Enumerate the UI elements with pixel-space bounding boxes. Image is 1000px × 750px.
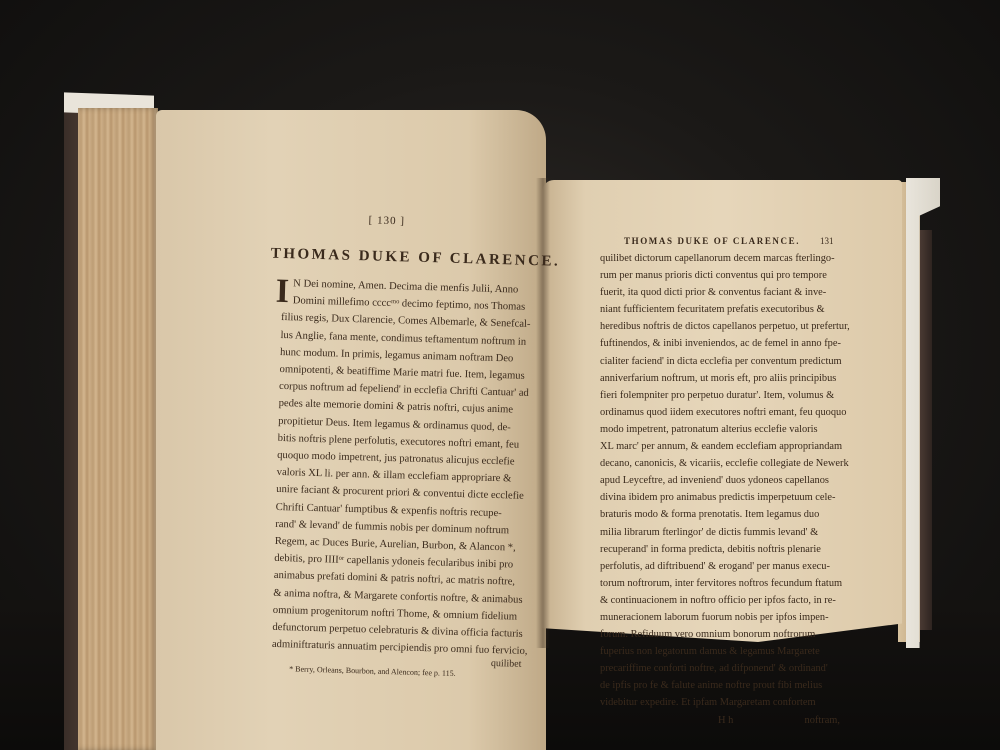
text-line: heredibus noftris de dictos capellanos p…: [600, 318, 840, 335]
text-line: quilibet dictorum capellanorum decem mar…: [600, 250, 840, 267]
drop-cap: I: [275, 277, 289, 307]
right-page-number: 131: [820, 236, 834, 246]
running-head: THOMAS DUKE OF CLARENCE. 131: [624, 236, 840, 246]
text-line: decano, canonicis, & vicariis, ecclefie …: [600, 455, 840, 472]
text-line: ordinamus quod iidem executores noftri e…: [600, 404, 840, 421]
text-line: recuperand' in forma predicta, debitis n…: [600, 541, 840, 558]
left-body: I N Dei nomine, Amen. Decima die menfis …: [272, 275, 518, 660]
catchword: quilibet: [491, 658, 522, 670]
right-cover-board: [920, 230, 932, 630]
text-line: anniverfarium noftrum, ut moris eft, pro…: [600, 370, 840, 387]
text-line: fuerit, ita quod dicti prior & conventus…: [600, 284, 840, 301]
text-line: de ipfis pro fe & falute anime noftre pr…: [600, 677, 840, 694]
catchword: noftram,: [805, 712, 841, 729]
left-page-text: [ 130 ] THOMAS DUKE OF CLARENCE. I N Dei…: [271, 212, 520, 682]
text-line: apud Leyceftre, ad inveniend' duos ydone…: [600, 472, 840, 489]
text-line: & continuacionem in noftro officio per i…: [600, 592, 840, 609]
text-line: cialiter faciend' in dicta ecclefia per …: [600, 353, 840, 370]
text-line: torum noftrorum, inter fervitores noftro…: [600, 575, 840, 592]
text-line: fieri folempniter pro perpetuo duratur'.…: [600, 387, 840, 404]
text-line: braturis modo & forma prenotatis. Item l…: [600, 506, 840, 523]
text-line: niant fufficientem fecuritatem prefatis …: [600, 301, 840, 318]
text-line: precariffime conforti noftre, ad difpone…: [600, 660, 840, 677]
text-line: perfolutis, ad diftribuend' & erogand' p…: [600, 558, 840, 575]
book-gutter: [536, 178, 550, 648]
text-line: fuperius non legatorum damus & legamus M…: [600, 643, 840, 660]
text-line: XL marc' per annum, & eandem ecclefiam a…: [600, 438, 840, 455]
text-line: modo impetrent, patronatum alterius eccl…: [600, 421, 840, 438]
text-line: muneracionem laborum fuorum nobis per ip…: [600, 609, 840, 626]
chapter-title: THOMAS DUKE OF CLARENCE.: [271, 246, 519, 270]
text-line: divina ibidem pro animabus predictis imp…: [600, 489, 840, 506]
text-line: fuftinendos, & inibi inveniendos, ac de …: [600, 335, 840, 352]
signature-row: H h noftram,: [600, 712, 840, 729]
right-page-text: THOMAS DUKE OF CLARENCE. 131 quilibet di…: [600, 236, 840, 729]
text-line: forum. Refiduum vero omnium bonorum noft…: [600, 626, 840, 643]
signature-mark: H h: [718, 712, 733, 729]
text-line: rum per manus prioris dicti conventus qu…: [600, 267, 840, 284]
photo-scene: [ 130 ] THOMAS DUKE OF CLARENCE. I N Dei…: [0, 0, 1000, 750]
running-head-title: THOMAS DUKE OF CLARENCE.: [624, 236, 800, 246]
text-line: videbitur expedire. Et ipfam Margaretam …: [600, 694, 840, 711]
left-page-block-edge: [78, 108, 158, 750]
text-line: milia librarum fterlingor' de dictis fum…: [600, 524, 840, 541]
